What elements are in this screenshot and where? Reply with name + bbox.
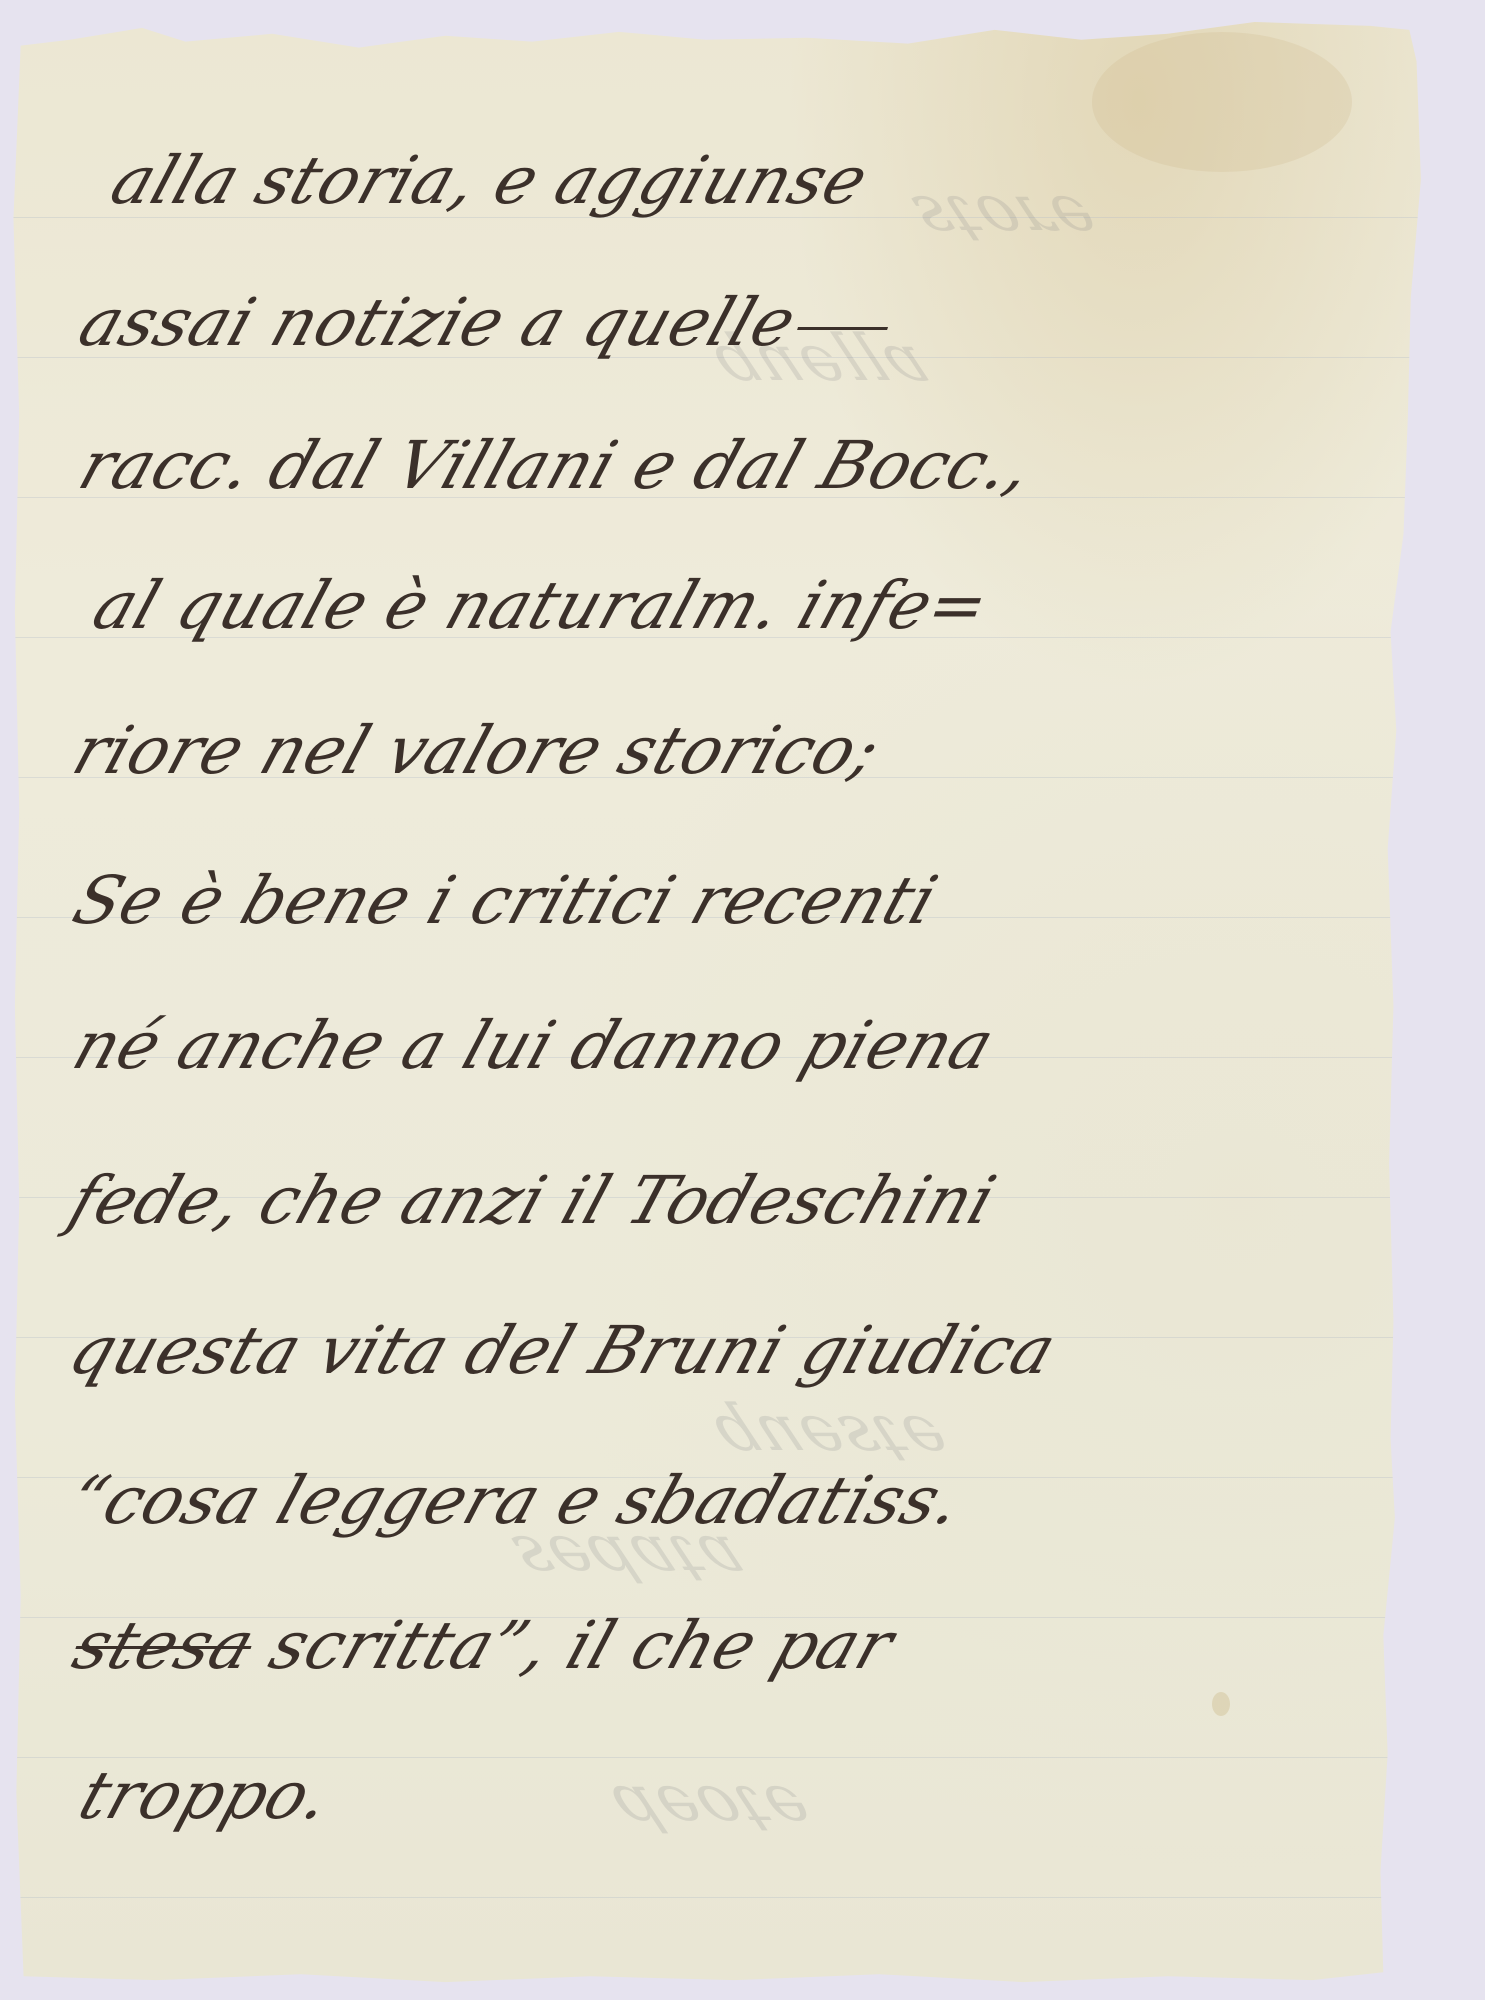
stain xyxy=(1212,1692,1230,1716)
ruled-line xyxy=(12,1897,1457,1898)
manuscript-line-5: riore nel valore storico; xyxy=(64,712,890,789)
flourish-stroke xyxy=(797,327,888,330)
manuscript-line-3: racc. dal Villani e dal Bocc., xyxy=(70,427,1042,504)
manuscript-line-12: troppo. xyxy=(70,1757,340,1834)
manuscript-line-4: al quale è naturalm. infe= xyxy=(84,567,999,644)
stain xyxy=(1092,32,1352,172)
bleed-through: ǝɹoʇs xyxy=(895,172,1107,246)
manuscript-line-11: stesa scritta”, il che par xyxy=(64,1607,903,1684)
bleed-through: ǝʇoǝp xyxy=(595,1762,820,1836)
manuscript-line-1: alla storia, e aggiunse xyxy=(102,142,877,219)
manuscript-line-7: né anche a lui danno piena xyxy=(64,1007,1004,1084)
manuscript-page: ǝɹoʇs ɐllǝnb ǝʇsǝnb ɐʇɐpǝs ǝʇoǝp alla st… xyxy=(12,22,1457,1990)
bleed-through: ǝʇsǝnb xyxy=(695,1392,958,1466)
manuscript-line-9: questa vita del Bruni giudica xyxy=(60,1312,1065,1389)
manuscript-line-10: “cosa leggera e sbadatiss. xyxy=(60,1462,972,1539)
manuscript-line-6: Se è bene i critici recenti xyxy=(64,862,947,939)
struck-word: stesa xyxy=(64,1607,264,1684)
line-11-text: scritta”, il che par xyxy=(239,1607,903,1684)
line-2-text: assai notizie a quelle xyxy=(70,284,806,361)
manuscript-line-8: fede, che anzi il Todeschini xyxy=(60,1162,1005,1239)
manuscript-line-2: assai notizie a quelle xyxy=(70,284,902,361)
